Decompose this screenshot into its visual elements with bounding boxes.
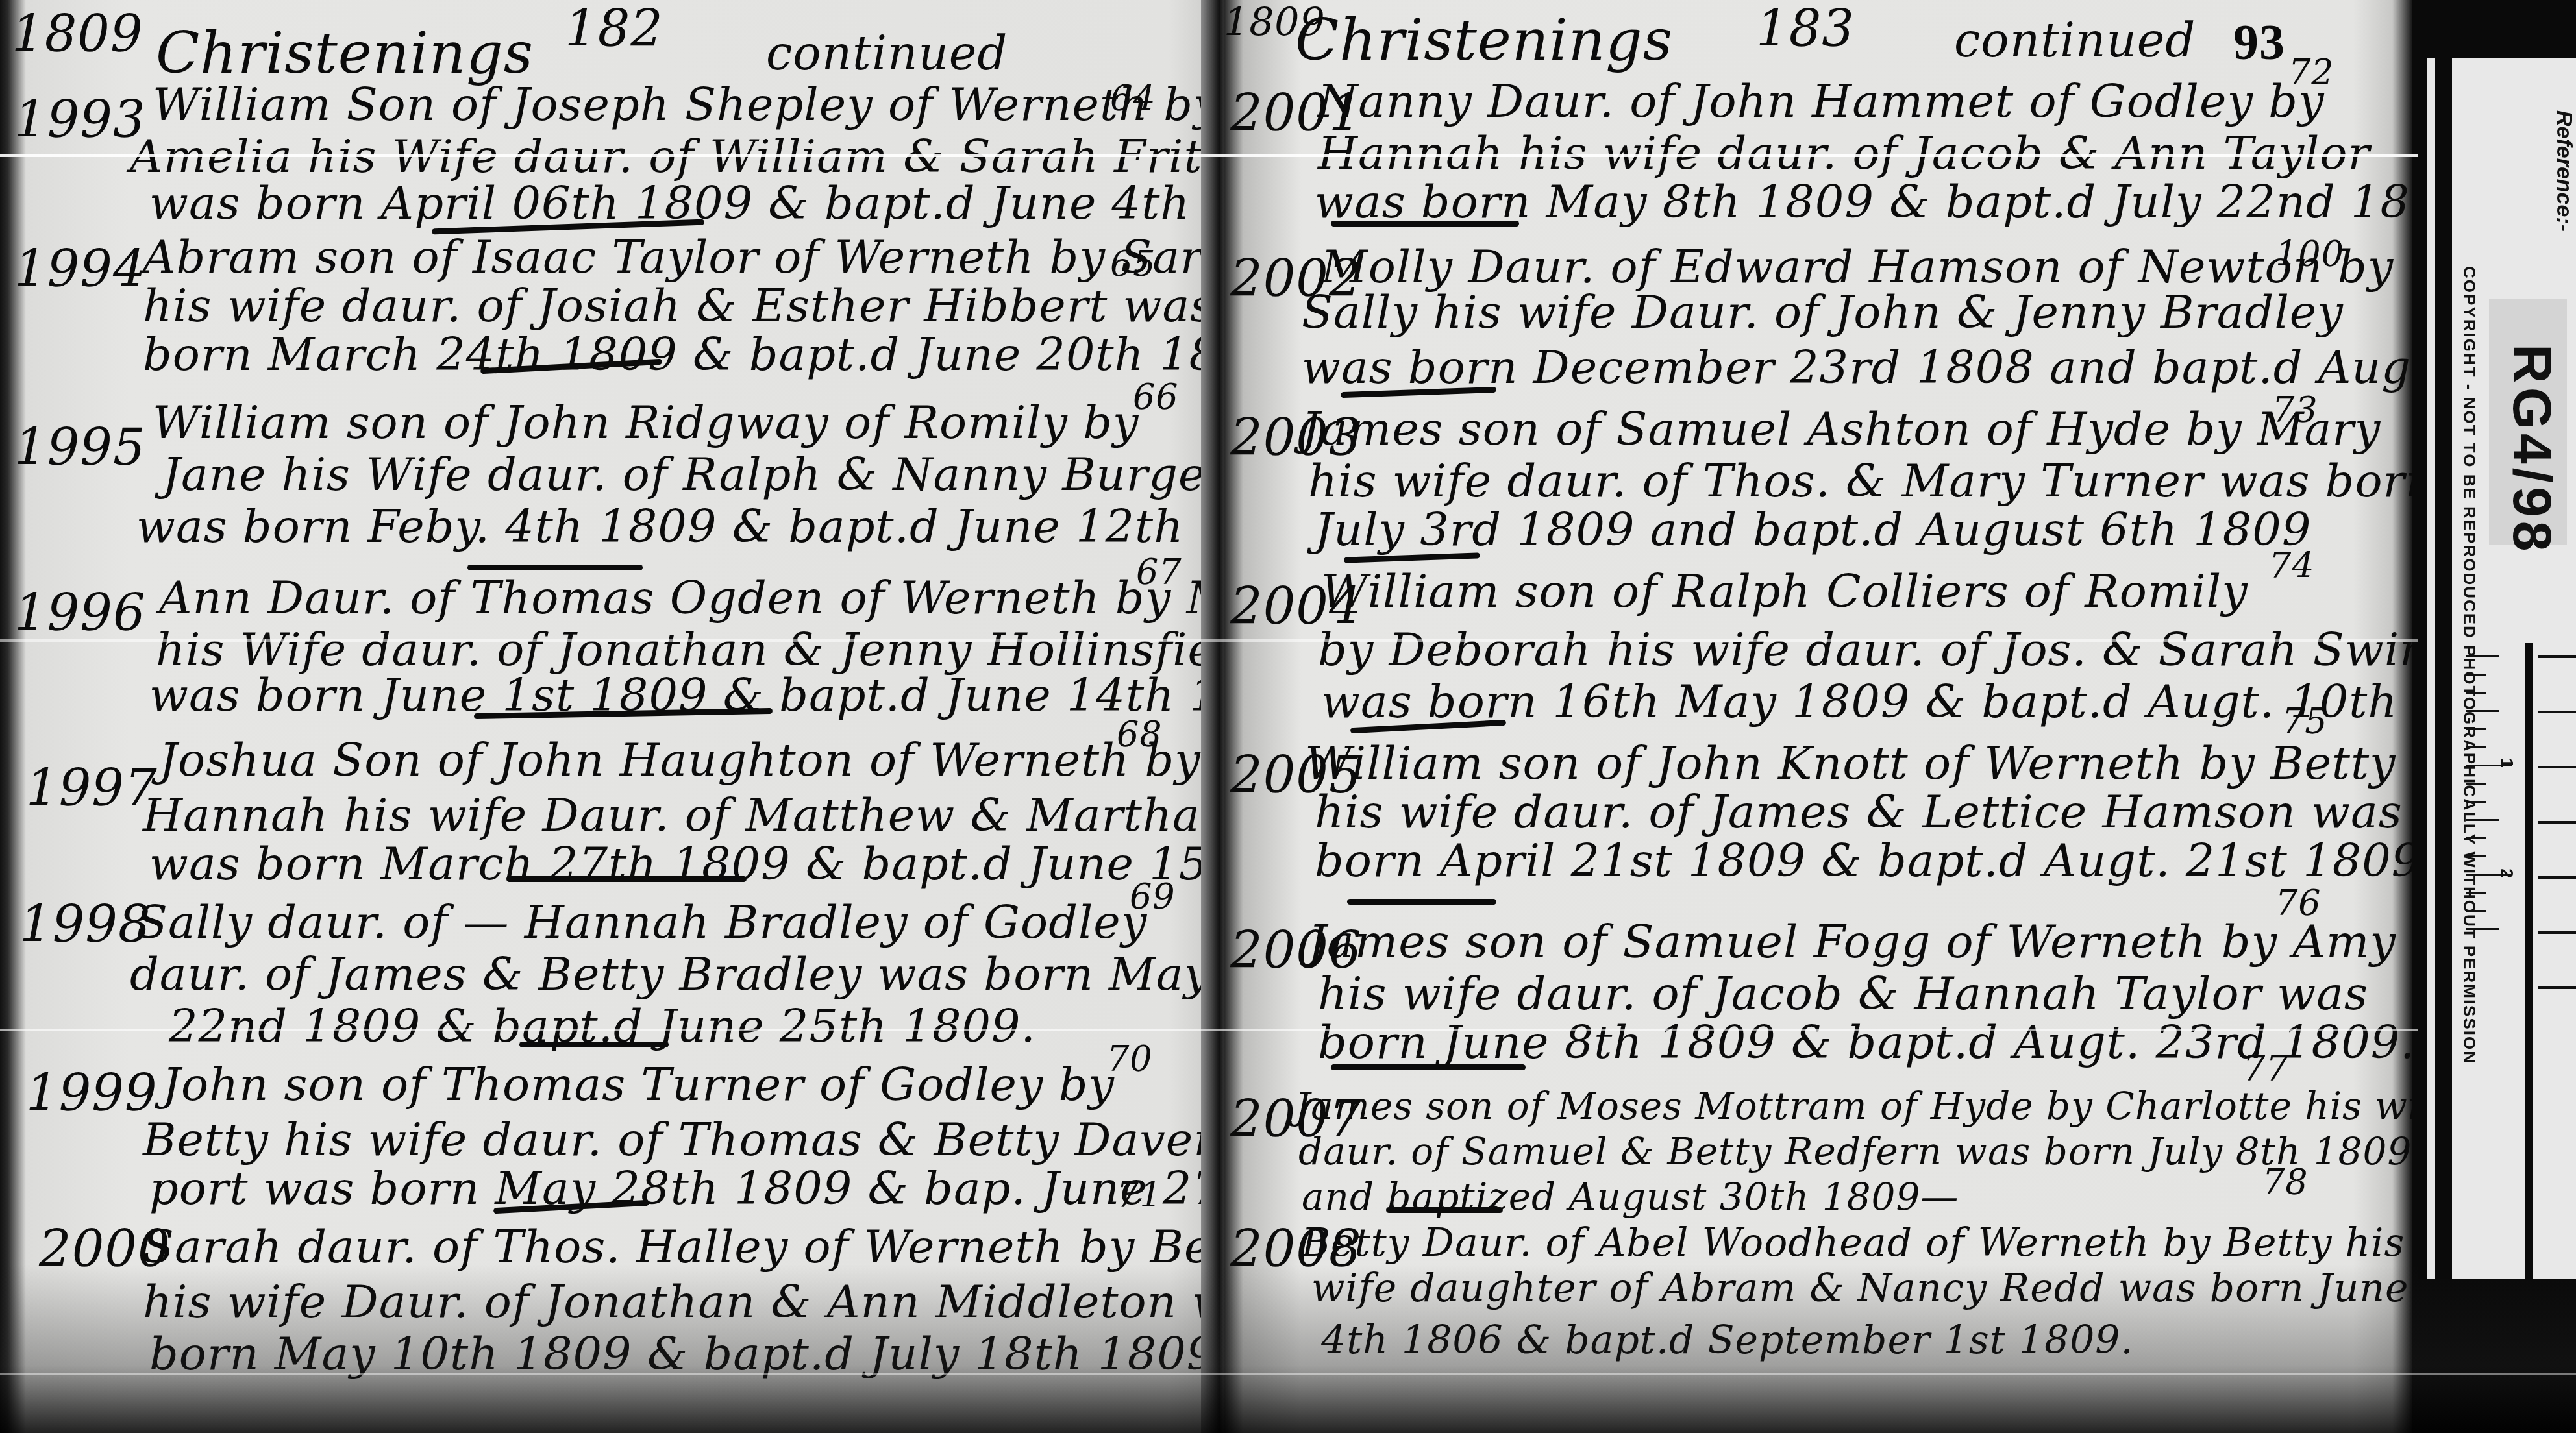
entry-line: William son of Ralph Colliers of Romily [1321, 565, 2248, 618]
entry-line: Hannah his wife daur. of Jacob & Ann Tay… [1318, 127, 2370, 180]
margin-reference: 75 [2282, 701, 2328, 742]
margin-reference: 78 [2262, 1162, 2309, 1203]
entry-line: his wife daur. of Josiah & Esther Hibber… [143, 279, 1214, 332]
entry-line: Betty Daur. of Abel Woodhead of Werneth … [1302, 1220, 2405, 1266]
entry-line: was born Feby. 4th 1809 & bapt.d June 12… [136, 500, 1224, 553]
entry-line: born April 21st 1809 & bapt.d Augt. 21st… [1315, 834, 2412, 887]
entry-number: 1996 [14, 584, 146, 643]
card-grid-line [2538, 655, 2576, 658]
entry-separator-rule [506, 876, 747, 882]
page-bottom-shadow [0, 1264, 2576, 1433]
entry-line: Joshua Son of John Haughton of Werneth b… [159, 733, 1201, 787]
entry-separator-rule [1331, 221, 1519, 227]
card-grid-line [2538, 766, 2576, 768]
entry-number: 1999 [26, 1064, 158, 1123]
entry-number: 1998 [19, 896, 151, 954]
right-page-number: 183 [1756, 0, 1855, 58]
card-frame-border [2435, 58, 2452, 1279]
card-grid-line [2538, 711, 2576, 713]
entry-line: Sally his wife Daur. of John & Jenny Bra… [1302, 286, 2344, 339]
scan-artifact-line [0, 639, 2576, 642]
scan-artifact-line [0, 1373, 2576, 1375]
entry-number: 1994 [14, 240, 146, 299]
entry-line: was born March 27th 1809 & bapt.d June 1… [149, 837, 1224, 890]
entry-number: 1995 [14, 419, 146, 477]
right-page: 1809 Christenings 183 continued 93 2001 … [1224, 0, 2412, 1433]
ruler-divider [2525, 643, 2533, 1279]
scan-artifact-line [0, 154, 2576, 157]
archive-reference-card: Reference:- RG4/98 COPYRIGHT - NOT TO BE… [2418, 58, 2576, 1279]
left-page-heading: Christenings [156, 19, 534, 86]
entry-line: his wife daur. of James & Lettice Hamson… [1315, 785, 2403, 839]
entry-line: was born December 23rd 1808 and bapt.d A… [1302, 341, 2412, 394]
entry-line: Nanny Daur. of John Hammet of Godley by [1318, 75, 2325, 128]
left-page-number: 182 [565, 0, 663, 58]
entry-line: Abram son of Isaac Taylor of Werneth by … [143, 230, 1224, 284]
entry-line: his wife daur. of Jacob & Hannah Taylor … [1318, 967, 2368, 1020]
entry-separator-rule [1386, 1207, 1503, 1213]
entry-line: daur. of James & Betty Bradley was born … [130, 948, 1210, 1001]
entry-line: port was born May 28th 1809 & bap. June … [149, 1162, 1224, 1215]
left-page-year: 1809 [12, 5, 143, 64]
entry-separator-rule [1347, 899, 1496, 905]
folio-number: 93 [2233, 13, 2285, 71]
scale-ruler: 1 2 [2466, 655, 2518, 941]
reference-label: Reference:- [2551, 110, 2576, 232]
entry-line: daur. of Samuel & Betty Redfern was born… [1298, 1129, 2412, 1173]
ruler-mark: 1 [2497, 758, 2517, 767]
margin-reference: 74 [2269, 545, 2315, 586]
entry-line: James son of Samuel Fogg of Werneth by A… [1308, 915, 2396, 968]
right-page-continued: continued [1954, 13, 2196, 67]
card-grid-line [2538, 931, 2576, 934]
entry-line: Sally daur. of — Hannah Bradley of Godle… [136, 896, 1147, 949]
right-page-heading: Christenings [1295, 6, 1673, 73]
card-grid-line [2538, 821, 2576, 824]
entry-number: 1997 [26, 759, 158, 818]
entry-line: William son of John Ridgway of Romily by [153, 396, 1139, 449]
entry-line: Betty his wife daur. of Thomas & Betty D… [143, 1113, 1224, 1166]
entry-line: Jane his Wife daur. of Ralph & Nanny Bur… [162, 448, 1224, 501]
entry-line: James son of Samuel Ashton of Hyde by Ma… [1302, 402, 2381, 456]
entry-number: 1993 [14, 91, 146, 149]
ruler-mark: 2 [2497, 868, 2517, 877]
entry-line: William Son of Joseph Shepley of Werneth… [153, 78, 1220, 131]
entry-line: July 3rd 1809 and bapt.d August 6th 1809 [1315, 503, 2311, 556]
card-grid-line [2538, 986, 2576, 989]
left-page: 1809 Christenings 182 continued 1993 64 … [0, 0, 1224, 1433]
margin-reference: 66 [1133, 376, 1179, 417]
entry-line: his wife daur. of Thos. & Mary Turner wa… [1308, 454, 2412, 508]
left-page-continued: continued [766, 26, 1008, 80]
entry-line: by Deborah his wife daur. of Jos. & Sara… [1318, 623, 2412, 676]
entry-line: James son of Moses Mottram of Hyde by Ch… [1295, 1084, 2412, 1128]
entry-separator-rule [1331, 1064, 1526, 1070]
entry-line: William son of John Knott of Werneth by … [1305, 737, 2396, 790]
card-grid-line [2538, 876, 2576, 879]
reference-code: RG4/98 [2501, 344, 2564, 556]
entry-line: Ann Daur. of Thomas Ogden of Werneth by … [159, 571, 1224, 624]
entry-line: born March 24th 1809 & bapt.d June 20th … [143, 328, 1224, 381]
entry-line: Hannah his wife Daur. of Matthew & Marth… [143, 789, 1224, 842]
margin-reference: 71 [1117, 1175, 1163, 1216]
entry-separator-rule [467, 565, 643, 570]
entry-separator-rule [519, 1042, 669, 1047]
entry-line: John son of Thomas Turner of Godley by [162, 1058, 1115, 1111]
margin-reference: 77 [2243, 1048, 2289, 1089]
scan-artifact-line [0, 1029, 2576, 1031]
